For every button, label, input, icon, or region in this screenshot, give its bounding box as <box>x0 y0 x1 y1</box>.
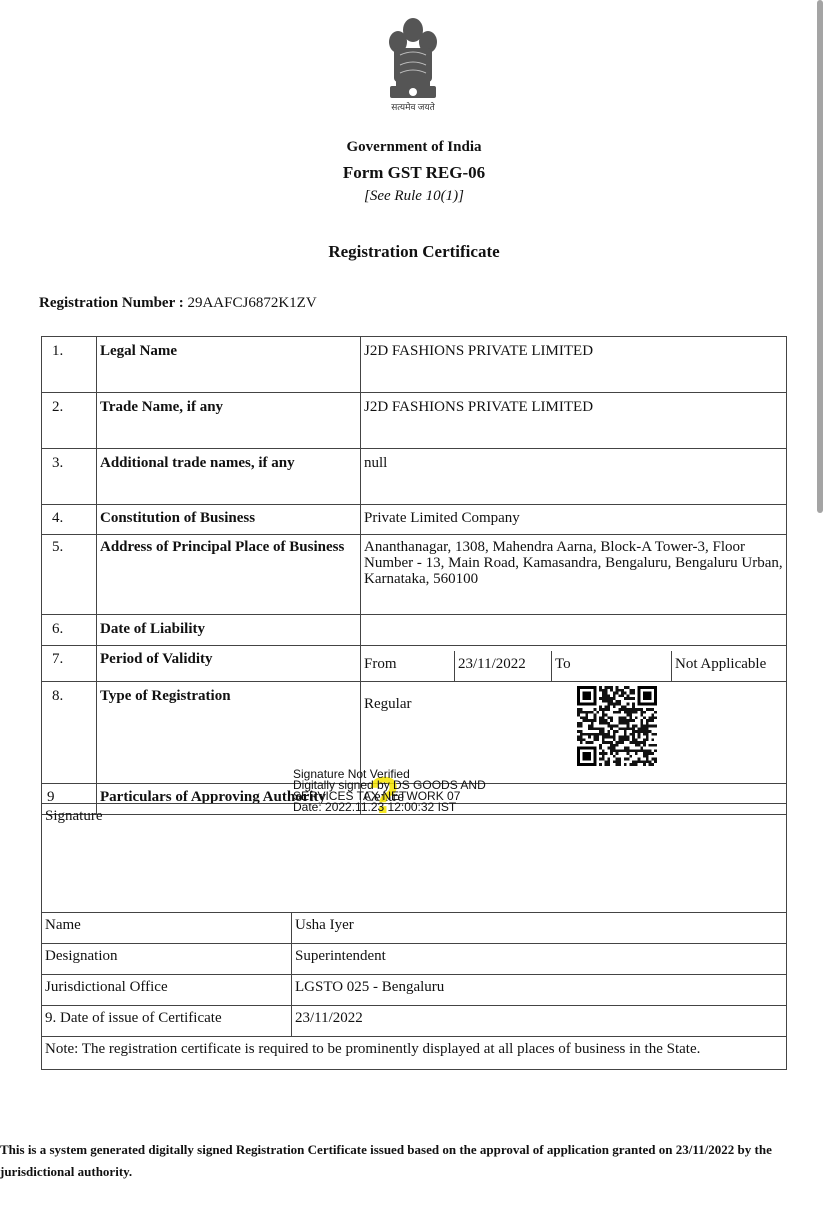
signature-stamp[interactable]: Signature Not Verified Digitally signed … <box>293 769 486 813</box>
constitution-value: Private Limited Company <box>361 505 787 535</box>
row-label: Address of Principal Place of Business <box>97 535 361 615</box>
row-number: 4. <box>42 505 97 535</box>
signature-date: Date: 2022.11.23 12:00:32 IST <box>293 802 486 813</box>
details-table: 1. Legal Name J2D FASHIONS PRIVATE LIMIT… <box>41 336 787 815</box>
row-number: 5. <box>42 535 97 615</box>
validity-from-date: 23/11/2022 <box>455 651 552 681</box>
table-row: 9. Date of issue of Certificate 23/11/20… <box>42 1006 787 1037</box>
footer-note: This is a system generated digitally sig… <box>0 1139 828 1183</box>
qr-code-icon <box>577 686 657 766</box>
row-number: 7. <box>42 646 97 682</box>
rule-reference: [See Rule 10(1)] <box>0 188 828 205</box>
address-value: Ananthanagar, 1308, Mahendra Aarna, Bloc… <box>361 535 787 615</box>
additional-trade-names-value: null <box>361 449 787 505</box>
signature-label: Signature <box>42 804 787 913</box>
row-number: 6. <box>42 615 97 646</box>
table-row: 2. Trade Name, if any J2D FASHIONS PRIVA… <box>42 393 787 449</box>
row-label: Trade Name, if any <box>97 393 361 449</box>
row-number: 2. <box>42 393 97 449</box>
row-label: Legal Name <box>97 337 361 393</box>
table-row: 5. Address of Principal Place of Busines… <box>42 535 787 615</box>
registration-number-value: 29AAFCJ6872K1ZV <box>187 295 316 311</box>
validity-cell: From 23/11/2022 To Not Applicable <box>361 646 787 682</box>
row-label: Name <box>42 913 292 944</box>
row-number: 8. <box>42 682 97 784</box>
legal-name-value: J2D FASHIONS PRIVATE LIMITED <box>361 337 787 393</box>
scrollbar[interactable] <box>817 0 823 513</box>
signature-row: Signature <box>42 804 787 913</box>
row-number: 3. <box>42 449 97 505</box>
validity-to-date: Not Applicable <box>672 651 769 681</box>
validity-from-label: From <box>361 651 455 681</box>
jurisdictional-office-value: LGSTO 025 - Bengaluru <box>292 975 787 1006</box>
table-row: 1. Legal Name J2D FASHIONS PRIVATE LIMIT… <box>42 337 787 393</box>
row-label: Date of Liability <box>97 615 361 646</box>
table-row: 4. Constitution of Business Private Limi… <box>42 505 787 535</box>
row-label: Designation <box>42 944 292 975</box>
table-row: 7. Period of Validity From 23/11/2022 To… <box>42 646 787 682</box>
emblem-motto: सत्यमेव जयते <box>370 100 456 113</box>
government-heading: Government of India <box>0 139 828 156</box>
officer-name-value: Usha Iyer <box>292 913 787 944</box>
row-label: Jurisdictional Office <box>42 975 292 1006</box>
row-label: Period of Validity <box>97 646 361 682</box>
issue-date-value: 23/11/2022 <box>292 1006 787 1037</box>
designation-value: Superintendent <box>292 944 787 975</box>
row-label: 9. Date of issue of Certificate <box>42 1006 292 1037</box>
row-label: Additional trade names, if any <box>97 449 361 505</box>
date-of-liability-value <box>361 615 787 646</box>
table-row: 3. Additional trade names, if any null <box>42 449 787 505</box>
table-row: Jurisdictional Office LGSTO 025 - Bengal… <box>42 975 787 1006</box>
row-label: Constitution of Business <box>97 505 361 535</box>
trade-name-value: J2D FASHIONS PRIVATE LIMITED <box>361 393 787 449</box>
table-row: 6. Date of Liability <box>42 615 787 646</box>
authority-table: Signature Name Usha Iyer Designation Sup… <box>41 803 787 1070</box>
certificate-title: Registration Certificate <box>0 242 828 262</box>
table-row: Designation Superintendent <box>42 944 787 975</box>
note-row: Note: The registration certificate is re… <box>42 1037 787 1070</box>
table-row: Name Usha Iyer <box>42 913 787 944</box>
form-title: Form GST REG-06 <box>0 163 828 183</box>
note-text: Note: The registration certificate is re… <box>42 1037 787 1070</box>
registration-number-label: Registration Number : <box>39 295 184 311</box>
registration-number: Registration Number : 29AAFCJ6872K1ZV <box>39 295 317 312</box>
validity-to-label: To <box>552 651 672 681</box>
row-number: 1. <box>42 337 97 393</box>
